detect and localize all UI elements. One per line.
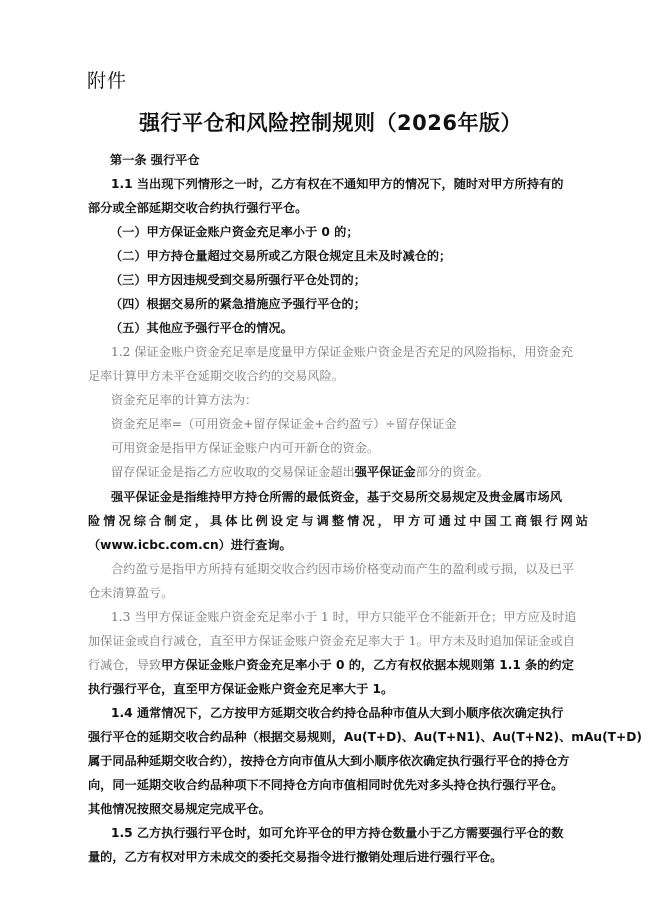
document-title: 强行平仓和风险控制规则（2026年版） <box>0 107 661 137</box>
retained-margin-def: 留存保证金是指乙方应收取的交易保证金超出强平保证金部分的资金。 <box>111 464 611 480</box>
retained-def-pre: 留存保证金是指乙方应收取的交易保证金超出 <box>111 465 355 479</box>
clause-1-3-line3-normal: 行减仓，导致 <box>88 658 161 672</box>
clause-1-4-line4: 向，同一延期交收合约品种项下不同持仓方向市值相同时优先对多头持仓执行强行平仓。 <box>88 777 588 793</box>
clause-1-1-item-3: （三）甲方因违规受到交易所强行平仓处罚的； <box>110 272 610 288</box>
forced-margin-line1: 强平保证金是指维持甲方持仓所需的最低资金，基于交易所交易规定及贵金属市场风 <box>111 489 611 505</box>
retained-def-bold: 强平保证金 <box>355 465 416 479</box>
clause-1-4-line5: 其他情况按照交易规定完成平仓。 <box>88 801 588 817</box>
clause-1-1-item-5: （五）其他应予强行平仓的情况。 <box>110 320 610 336</box>
clause-1-1-item-1: （一）甲方保证金账户资金充足率小于 0 的； <box>110 224 610 240</box>
available-funds-def: 可用资金是指甲方保证金账户内可开新仓的资金。 <box>111 440 611 456</box>
attachment-label: 附件 <box>87 66 127 93</box>
pnl-def-line1: 合约盈亏是指甲方所持有延期交收合约因市场价格变动而产生的盈利或亏损，以及已平 <box>111 561 611 577</box>
article-heading: 第一条 强行平仓 <box>110 152 610 168</box>
clause-1-1-line2: 部分或全部延期交收合约执行强行平仓。 <box>88 200 588 216</box>
forced-margin-line2: 险情况综合制定，具体比例设定与调整情况，甲方可通过中国工商银行网站 <box>88 513 588 529</box>
formula: 资金充足率=（可用资金+留存保证金+合约盈亏）÷留存保证金 <box>111 416 611 432</box>
forced-margin-line3: （www.icbc.com.cn）进行查询。 <box>88 537 588 553</box>
clause-1-5-line2: 量的，乙方有权对甲方未成交的委托交易指令进行撤销处理后进行强行平仓。 <box>88 849 588 865</box>
clause-1-3-line4: 执行强行平仓，直至甲方保证金账户资金充足率大于 1。 <box>88 681 588 697</box>
retained-def-post: 部分的资金。 <box>416 465 489 479</box>
calc-intro: 资金充足率的计算方法为： <box>111 392 611 408</box>
pnl-def-line2: 仓未清算盈亏。 <box>88 585 588 601</box>
clause-1-5-line1: 1.5 乙方执行强行平仓时，如可允许平仓的甲方持仓数量小于乙方需要强行平仓的数 <box>111 825 611 841</box>
document-page: 附件 强行平仓和风险控制规则（2026年版） 第一条 强行平仓 1.1 当出现下… <box>0 0 661 921</box>
clause-1-1-item-2: （二）甲方持仓量超过交易所或乙方限仓规定且未及时减仓的； <box>110 248 610 264</box>
clause-1-4-line3: 属于同品种延期交收合约），按持仓方向市值从大到小顺序依次确定执行强行平仓的持仓方 <box>88 753 588 769</box>
clause-1-2-line2: 足率计算甲方未平仓延期交收合约的交易风险。 <box>88 368 588 384</box>
clause-1-3-line2: 加保证金或自行减仓，直至甲方保证金账户资金充足率大于 1。甲方未及时追加保证金或… <box>88 633 588 649</box>
clause-1-1-item-4: （四）根据交易所的紧急措施应予强行平仓的； <box>110 296 610 312</box>
clause-1-4-line1: 1.4 通常情况下，乙方按甲方延期交收合约持仓品种市值从大到小顺序依次确定执行 <box>111 705 611 721</box>
clause-1-3-line3: 行减仓，导致甲方保证金账户资金充足率小于 0 的，乙方有权依据本规则第 1.1 … <box>88 657 588 673</box>
clause-1-1-line1: 1.1 当出现下列情形之一时，乙方有权在不通知甲方的情况下，随时对甲方所持有的 <box>111 176 611 192</box>
clause-1-3-line3-bold: 甲方保证金账户资金充足率小于 0 的，乙方有权依据本规则第 1.1 条的约定 <box>161 658 574 672</box>
clause-1-4-line2: 强行平仓的延期交收合约品种（根据交易规则，Au(T+D)、Au(T+N1)、Au… <box>88 729 588 745</box>
clause-1-2-line1: 1.2 保证金账户资金充足率是度量甲方保证金账户资金是否充足的风险指标，用资金充 <box>111 344 611 360</box>
clause-1-3-line1: 1.3 当甲方保证金账户资金充足率小于 1 时，甲方只能平仓不能新开仓；甲方应及… <box>111 609 611 625</box>
